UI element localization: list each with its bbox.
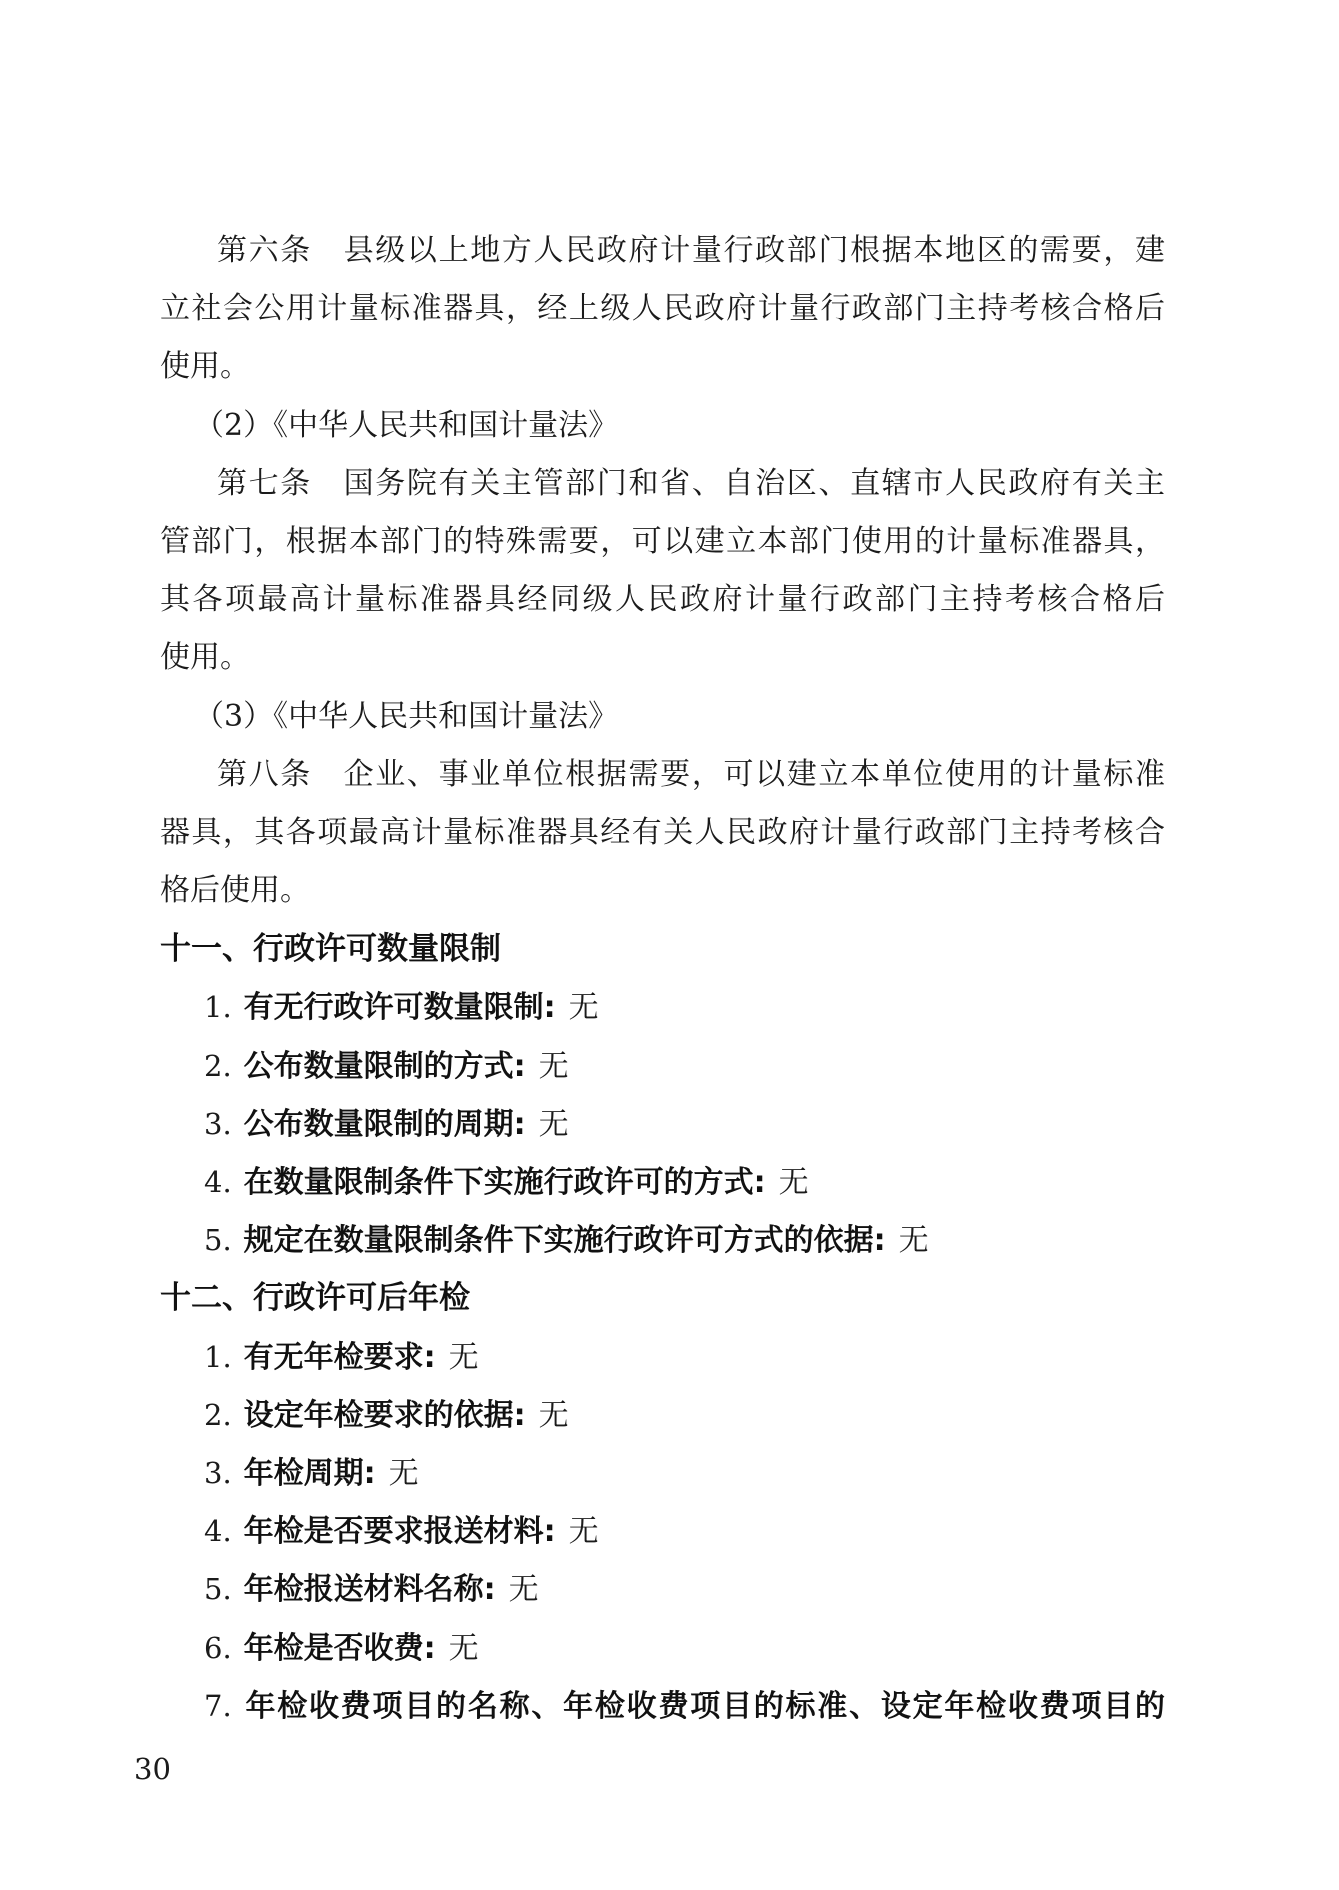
paragraph-line: （3）《中华人民共和国计量法》 bbox=[160, 688, 1165, 746]
item-number: 5. bbox=[204, 1572, 232, 1606]
item-number: 2. bbox=[204, 1049, 232, 1083]
item-label: 有无行政许可数量限制: bbox=[244, 990, 556, 1025]
paragraph-line: 第八条 企业、事业单位根据需要，可以建立本单位使用的计量标准 bbox=[160, 746, 1165, 804]
list-item: 5.年检报送材料名称:无 bbox=[160, 1560, 1165, 1618]
paragraph-line: （2）《中华人民共和国计量法》 bbox=[160, 397, 1165, 455]
item-number: 3. bbox=[204, 1456, 232, 1490]
paragraph-line: 第六条 县级以上地方人民政府计量行政部门根据本地区的需要，建 bbox=[160, 222, 1165, 280]
item-label: 年检是否要求报送材料: bbox=[244, 1514, 556, 1549]
item-number: 5. bbox=[204, 1223, 232, 1257]
list-item: 6.年检是否收费:无 bbox=[160, 1619, 1165, 1677]
item-label: 年检周期: bbox=[244, 1456, 376, 1491]
item-label: 规定在数量限制条件下实施行政许可方式的依据: bbox=[244, 1223, 886, 1258]
item-number: 7. bbox=[204, 1689, 232, 1723]
paragraph: （2）《中华人民共和国计量法》 bbox=[160, 397, 1165, 455]
section-heading-12: 十二、行政许可后年检 bbox=[160, 1269, 1165, 1327]
list-item: 3.公布数量限制的周期:无 bbox=[160, 1095, 1165, 1153]
paragraph-line: 管部门，根据本部门的特殊需要，可以建立本部门使用的计量标准器具， bbox=[160, 513, 1165, 571]
item-value: 无 bbox=[509, 1572, 539, 1607]
item-number: 4. bbox=[204, 1514, 232, 1548]
page-number: 30 bbox=[134, 1752, 171, 1786]
item-label: 设定年检要求的依据: bbox=[244, 1398, 526, 1433]
document-page: 第六条 县级以上地方人民政府计量行政部门根据本地区的需要，建 立社会公用计量标准… bbox=[0, 0, 1339, 1890]
item-value: 无 bbox=[779, 1165, 809, 1200]
list-item: 2.设定年检要求的依据:无 bbox=[160, 1386, 1165, 1444]
paragraph: 第七条 国务院有关主管部门和省、自治区、直辖市人民政府有关主 管部门，根据本部门… bbox=[160, 455, 1165, 688]
item-number: 6. bbox=[204, 1631, 232, 1665]
item-value: 无 bbox=[569, 1514, 599, 1549]
item-value: 无 bbox=[899, 1223, 929, 1258]
item-value: 无 bbox=[389, 1456, 419, 1491]
item-value: 无 bbox=[539, 1049, 569, 1084]
paragraph-line: 使用。 bbox=[160, 338, 1165, 396]
item-number: 1. bbox=[204, 990, 232, 1024]
paragraph-line: 立社会公用计量标准器具，经上级人民政府计量行政部门主持考核合格后 bbox=[160, 280, 1165, 338]
item-value: 无 bbox=[539, 1107, 569, 1142]
item-value: 无 bbox=[569, 990, 599, 1025]
item-label: 有无年检要求: bbox=[244, 1340, 436, 1375]
item-label: 年检报送材料名称: bbox=[244, 1572, 496, 1607]
list-item: 4.年检是否要求报送材料:无 bbox=[160, 1502, 1165, 1560]
paragraph: 第六条 县级以上地方人民政府计量行政部门根据本地区的需要，建 立社会公用计量标准… bbox=[160, 222, 1165, 397]
item-label: 在数量限制条件下实施行政许可的方式: bbox=[244, 1165, 766, 1200]
item-value: 无 bbox=[449, 1340, 479, 1375]
item-number: 4. bbox=[204, 1165, 232, 1199]
item-label: 年检收费项目的名称、年检收费项目的标准、设定年检收费项目的 bbox=[244, 1689, 1165, 1724]
item-value: 无 bbox=[449, 1631, 479, 1666]
paragraph-line: 器具，其各项最高计量标准器具经有关人民政府计量行政部门主持考核合 bbox=[160, 804, 1165, 862]
item-label: 公布数量限制的周期: bbox=[244, 1107, 526, 1142]
paragraph-line: 使用。 bbox=[160, 629, 1165, 687]
item-number: 3. bbox=[204, 1107, 232, 1141]
list-item: 1.有无行政许可数量限制:无 bbox=[160, 978, 1165, 1036]
item-number: 2. bbox=[204, 1398, 232, 1432]
item-number: 1. bbox=[204, 1340, 232, 1374]
list-item: 7.年检收费项目的名称、年检收费项目的标准、设定年检收费项目的 bbox=[160, 1677, 1165, 1735]
list-item: 2.公布数量限制的方式:无 bbox=[160, 1037, 1165, 1095]
list-item: 4.在数量限制条件下实施行政许可的方式:无 bbox=[160, 1153, 1165, 1211]
paragraph-line: 格后使用。 bbox=[160, 862, 1165, 920]
paragraph: （3）《中华人民共和国计量法》 bbox=[160, 688, 1165, 746]
paragraph-line: 第七条 国务院有关主管部门和省、自治区、直辖市人民政府有关主 bbox=[160, 455, 1165, 513]
list-item: 5.规定在数量限制条件下实施行政许可方式的依据:无 bbox=[160, 1211, 1165, 1269]
list-item: 1.有无年检要求:无 bbox=[160, 1328, 1165, 1386]
item-label: 年检是否收费: bbox=[244, 1631, 436, 1666]
paragraph: 第八条 企业、事业单位根据需要，可以建立本单位使用的计量标准 器具，其各项最高计… bbox=[160, 746, 1165, 921]
item-value: 无 bbox=[539, 1398, 569, 1433]
list-item: 3.年检周期:无 bbox=[160, 1444, 1165, 1502]
section-heading-11: 十一、行政许可数量限制 bbox=[160, 920, 1165, 978]
document-body: 第六条 县级以上地方人民政府计量行政部门根据本地区的需要，建 立社会公用计量标准… bbox=[160, 222, 1165, 1735]
item-label: 公布数量限制的方式: bbox=[244, 1049, 526, 1084]
paragraph-line: 其各项最高计量标准器具经同级人民政府计量行政部门主持考核合格后 bbox=[160, 571, 1165, 629]
